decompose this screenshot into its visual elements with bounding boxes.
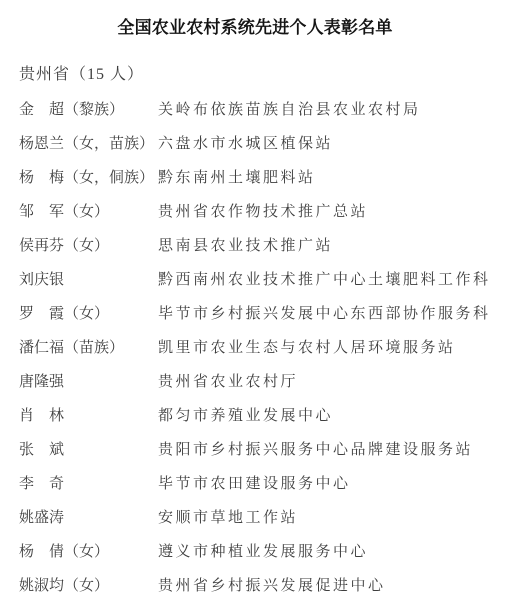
awardee-name: 潘仁福（苗族） bbox=[19, 336, 158, 357]
awardee-name: 姚淑均（女） bbox=[19, 574, 158, 595]
awardee-organization: 贵州省农业农村厅 bbox=[158, 370, 298, 391]
awardee-name: 杨 梅（女，侗族） bbox=[19, 166, 158, 187]
list-row: 姚盛涛 安顺市草地工作站 bbox=[0, 499, 510, 533]
awardee-organization: 毕节市乡村振兴发展中心东西部协作服务科 bbox=[158, 302, 491, 323]
awardee-organization: 黔西南州农业技术推广中心土壤肥料工作科 bbox=[158, 268, 491, 289]
awardee-name: 张 斌 bbox=[19, 438, 158, 459]
list-row: 肖 林 都匀市养殖业发展中心 bbox=[0, 397, 510, 431]
list-row: 金 超（黎族） 关岭布依族苗族自治县农业农村局 bbox=[0, 91, 510, 125]
awardee-name: 邹 军（女） bbox=[19, 200, 158, 221]
awardee-name: 刘庆银 bbox=[19, 268, 158, 289]
awardee-name: 侯再芬（女） bbox=[19, 234, 158, 255]
list-row: 潘仁福（苗族） 凯里市农业生态与农村人居环境服务站 bbox=[0, 329, 510, 363]
awardee-name: 唐隆强 bbox=[19, 370, 158, 391]
awardee-organization: 凯里市农业生态与农村人居环境服务站 bbox=[158, 336, 456, 357]
list-row: 唐隆强 贵州省农业农村厅 bbox=[0, 363, 510, 397]
awardee-organization: 都匀市养殖业发展中心 bbox=[158, 404, 333, 425]
list-row: 张 斌 贵阳市乡村振兴服务中心品牌建设服务站 bbox=[0, 431, 510, 465]
awardee-organization: 贵州省乡村振兴发展促进中心 bbox=[158, 574, 386, 595]
awardee-name: 杨恩兰（女，苗族） bbox=[19, 132, 158, 153]
awardee-organization: 安顺市草地工作站 bbox=[158, 506, 298, 527]
awardee-name: 罗 霞（女） bbox=[19, 302, 158, 323]
awardee-name: 肖 林 bbox=[19, 404, 158, 425]
list-row: 李 奇 毕节市农田建设服务中心 bbox=[0, 465, 510, 499]
awardee-name: 金 超（黎族） bbox=[19, 98, 158, 119]
commendation-list: 金 超（黎族） 关岭布依族苗族自治县农业农村局 杨恩兰（女，苗族） 六盘水市水城… bbox=[0, 91, 510, 601]
list-row: 杨 倩（女） 遵义市种植业发展服务中心 bbox=[0, 533, 510, 567]
list-row: 刘庆银 黔西南州农业技术推广中心土壤肥料工作科 bbox=[0, 261, 510, 295]
list-row: 姚淑均（女） 贵州省乡村振兴发展促进中心 bbox=[0, 567, 510, 601]
awardee-name: 李 奇 bbox=[19, 472, 158, 493]
document-title: 全国农业农村系统先进个人表彰名单 bbox=[0, 0, 510, 39]
list-row: 邹 军（女） 贵州省农作物技术推广总站 bbox=[0, 193, 510, 227]
awardee-organization: 贵州省农作物技术推广总站 bbox=[158, 200, 368, 221]
awardee-organization: 黔东南州土壤肥料站 bbox=[158, 166, 316, 187]
awardee-organization: 关岭布依族苗族自治县农业农村局 bbox=[158, 98, 421, 119]
awardee-name: 姚盛涛 bbox=[19, 506, 158, 527]
awardee-organization: 遵义市种植业发展服务中心 bbox=[158, 540, 368, 561]
awardee-name: 杨 倩（女） bbox=[19, 540, 158, 561]
awardee-organization: 贵阳市乡村振兴服务中心品牌建设服务站 bbox=[158, 438, 473, 459]
awardee-organization: 六盘水市水城区植保站 bbox=[158, 132, 333, 153]
list-row: 侯再芬（女） 思南县农业技术推广站 bbox=[0, 227, 510, 261]
list-row: 杨恩兰（女，苗族） 六盘水市水城区植保站 bbox=[0, 125, 510, 159]
list-row: 罗 霞（女） 毕节市乡村振兴发展中心东西部协作服务科 bbox=[0, 295, 510, 329]
document-page: 全国农业农村系统先进个人表彰名单 贵州省（15 人） 金 超（黎族） 关岭布依族… bbox=[0, 0, 510, 610]
list-row: 杨 梅（女，侗族） 黔东南州土壤肥料站 bbox=[0, 159, 510, 193]
awardee-organization: 毕节市农田建设服务中心 bbox=[158, 472, 351, 493]
section-header-province-count: 贵州省（15 人） bbox=[19, 65, 510, 85]
awardee-organization: 思南县农业技术推广站 bbox=[158, 234, 333, 255]
